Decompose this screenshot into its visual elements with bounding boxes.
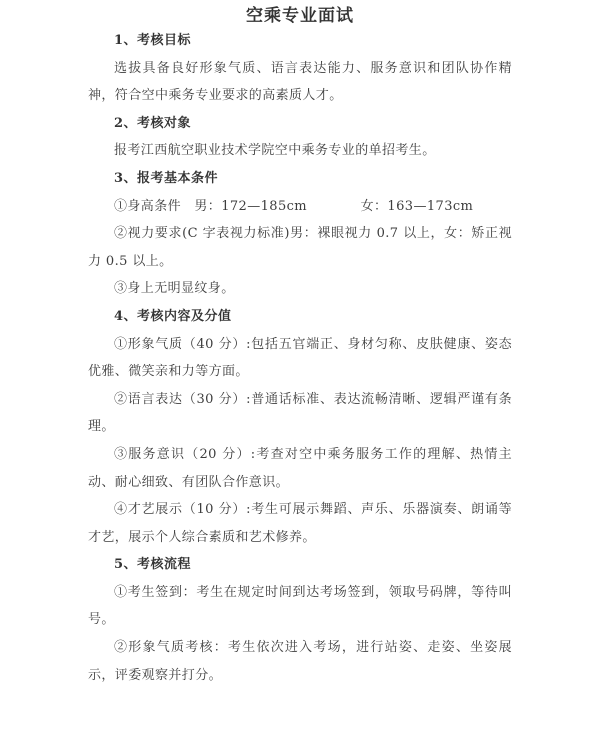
document-page: 空乘专业面试 1、考核目标选拔具备良好形象气质、语言表达能力、服务意识和团队协作… xyxy=(0,0,600,734)
paragraph: ①考生签到：考生在规定时间到达考场签到，领取号码牌，等待叫号。 xyxy=(88,579,512,634)
section-heading: 2、考核对象 xyxy=(88,110,512,138)
paragraph: 报考江西航空职业技术学院空中乘务专业的单招考生。 xyxy=(88,137,512,165)
paragraph: ②语言表达（30 分）:普通话标准、表达流畅清晰、逻辑严谨有条理。 xyxy=(88,386,512,441)
section-heading: 5、考核流程 xyxy=(88,551,512,579)
paragraph: ②形象气质考核：考生依次进入考场，进行站姿、走姿、坐姿展示，评委观察并打分。 xyxy=(88,634,512,689)
page-title: 空乘专业面试 xyxy=(88,5,512,27)
document-body: 1、考核目标选拔具备良好形象气质、语言表达能力、服务意识和团队协作精神，符合空中… xyxy=(88,27,512,689)
paragraph: ①身高条件 男：172—185cm 女：163—173cm xyxy=(88,193,512,221)
paragraph: 选拔具备良好形象气质、语言表达能力、服务意识和团队协作精神，符合空中乘务专业要求… xyxy=(88,55,512,110)
paragraph: ②视力要求(C 字表视力标准)男：裸眼视力 0.7 以上，女：矫正视力 0.5 … xyxy=(88,220,512,275)
paragraph: ①形象气质（40 分）:包括五官端正、身材匀称、皮肤健康、姿态优雅、微笑亲和力等… xyxy=(88,331,512,386)
paragraph: ③服务意识（20 分）:考查对空中乘务服务工作的理解、热情主动、耐心细致、有团队… xyxy=(88,441,512,496)
section-heading: 4、考核内容及分值 xyxy=(88,303,512,331)
paragraph: ③身上无明显纹身。 xyxy=(88,275,512,303)
section-heading: 3、报考基本条件 xyxy=(88,165,512,193)
section-heading: 1、考核目标 xyxy=(88,27,512,55)
paragraph: ④才艺展示（10 分）:考生可展示舞蹈、声乐、乐器演奏、朗诵等才艺，展示个人综合… xyxy=(88,496,512,551)
